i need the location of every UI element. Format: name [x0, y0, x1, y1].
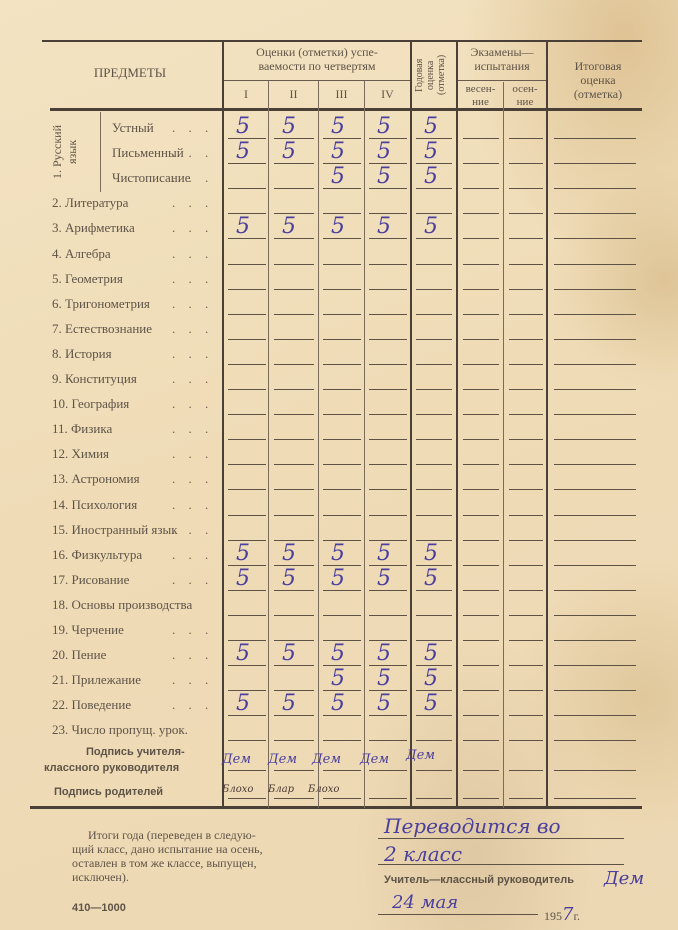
leader-dots: . . . . — [172, 497, 220, 513]
grade-underline — [274, 339, 314, 340]
subject-label: 12. Химия — [52, 446, 109, 462]
parent-signature: Блохо — [222, 784, 253, 795]
quarter-grade-2: 5 — [282, 141, 296, 163]
exam-divider — [503, 82, 504, 808]
teacher-signature: Дем — [222, 752, 251, 767]
exam-autumn-header-2: ние — [504, 96, 546, 109]
exam-spring-underline — [463, 314, 499, 315]
exam-autumn-underline — [509, 665, 543, 666]
exam-spring-underline — [463, 163, 499, 164]
exam-autumn-underline — [509, 414, 543, 415]
annual-grade: 5 — [424, 166, 438, 188]
grade-underline — [274, 489, 314, 490]
teacher-signature: Дем — [406, 748, 435, 763]
grade-underline — [323, 339, 361, 340]
exam-spring-underline — [463, 690, 499, 691]
subject-label: 20. Пение — [52, 647, 106, 663]
signature-underline — [323, 770, 361, 771]
russian-group-divider — [100, 112, 101, 192]
table-bottom-border — [30, 806, 642, 809]
leader-dots: . . . . — [172, 246, 220, 262]
annual-left-divider — [410, 40, 412, 808]
exam-spring-underline — [463, 565, 499, 566]
quarter-grade-3: 5 — [331, 216, 345, 238]
exam-autumn-underline — [509, 289, 543, 290]
subject-label: 6. Тригонометрия — [52, 296, 150, 312]
final-grade-underline — [554, 515, 636, 516]
leader-dots: . . . . — [172, 471, 220, 487]
annual-underline — [416, 289, 452, 290]
final-grade-underline — [554, 364, 636, 365]
annual-header: Годовая оценка (отметка) — [414, 44, 454, 106]
leader-dots: . . . . — [172, 296, 220, 312]
exam-spring-underline — [463, 590, 499, 591]
quarter-grade-4: 5 — [377, 166, 391, 188]
exam-autumn-underline — [509, 690, 543, 691]
grade-underline — [274, 740, 314, 741]
grade-underline — [323, 289, 361, 290]
exam-autumn-underline — [509, 615, 543, 616]
exam-autumn-underline — [509, 640, 543, 641]
quarter-grade-3: 5 — [331, 668, 345, 690]
grade-underline — [228, 364, 266, 365]
annual-grade: 5 — [424, 216, 438, 238]
result-line-1 — [378, 838, 624, 839]
annual-underline — [416, 464, 452, 465]
exam-autumn-underline — [509, 238, 543, 239]
grade-underline — [228, 439, 266, 440]
grade-underline — [369, 314, 407, 315]
exam-autumn-underline — [509, 138, 543, 139]
leader-dots: . . . . — [172, 195, 220, 211]
subject-label: 10. География — [52, 396, 129, 412]
subject-label: Устный — [112, 120, 154, 136]
grade-underline — [228, 339, 266, 340]
grade-underline — [323, 489, 361, 490]
final-grade-underline — [554, 188, 636, 189]
final-grade-underline — [554, 715, 636, 716]
year-results-text: Итоги года (переведен в следую- щий клас… — [72, 828, 352, 884]
header-bottom-border — [50, 108, 642, 111]
exam-autumn-underline — [509, 590, 543, 591]
subject-label: 11. Физика — [52, 421, 112, 437]
final-grade-underline — [554, 213, 636, 214]
annual-underline — [416, 339, 452, 340]
exam-spring-underline — [463, 389, 499, 390]
teacher-signature-label-1: Подпись учителя- — [86, 746, 185, 758]
final-grade-underline — [554, 138, 636, 139]
grade-underline — [228, 489, 266, 490]
exam-spring-underline — [463, 640, 499, 641]
subject-label: 3. Арифметика — [52, 220, 135, 236]
exam-autumn-underline — [509, 715, 543, 716]
q3-q4-divider — [364, 80, 365, 808]
teacher-signature-footer: Дем — [604, 868, 644, 889]
exam-spring-underline — [463, 464, 499, 465]
grade-underline — [228, 289, 266, 290]
annual-grade: 5 — [424, 693, 438, 715]
exam-autumn-underline — [509, 213, 543, 214]
quarters-header-line2: ваемости по четвертям — [224, 60, 410, 73]
grade-underline — [228, 264, 266, 265]
exam-autumn-underline — [509, 188, 543, 189]
exams-header-line2: испытания — [458, 60, 546, 73]
quarter-grade-3: 5 — [331, 693, 345, 715]
subject-label: 21. Прилежание — [52, 672, 141, 688]
final-header-line1: Итоговая — [548, 60, 648, 73]
annual-right-divider — [456, 40, 458, 808]
result-line-2 — [378, 864, 624, 865]
grade-underline — [274, 464, 314, 465]
exam-spring-underline — [463, 439, 499, 440]
grade-underline — [369, 615, 407, 616]
annual-underline — [416, 740, 452, 741]
quarter-grade-4: 5 — [377, 543, 391, 565]
exam-spring-underline — [463, 289, 499, 290]
exam-spring-underline — [463, 213, 499, 214]
leader-dots: . . . . — [172, 622, 220, 638]
subject-label: 18. Основы производства — [52, 597, 192, 613]
leader-dots: . . . . — [172, 170, 220, 186]
subject-label: 14. Психология — [52, 497, 137, 513]
grade-underline — [228, 314, 266, 315]
quarter-header-2: II — [269, 88, 318, 101]
signature-underline — [228, 770, 266, 771]
grade-underline — [228, 464, 266, 465]
grade-underline — [274, 289, 314, 290]
final-grade-underline — [554, 615, 636, 616]
leader-dots: . . . . — [172, 396, 220, 412]
quarter-header-3: III — [319, 88, 364, 101]
subject-label: 8. История — [52, 346, 112, 362]
grade-underline — [369, 339, 407, 340]
grade-underline — [274, 615, 314, 616]
annual-underline — [416, 414, 452, 415]
leader-dots: . . . . — [172, 421, 220, 437]
grade-underline — [274, 389, 314, 390]
leader-dots: . . . . — [172, 271, 220, 287]
subject-label: 9. Конституция — [52, 371, 137, 387]
quarter-grade-2: 5 — [282, 216, 296, 238]
result-handwritten-1: Переводится во — [384, 814, 561, 838]
exam-autumn-underline — [509, 163, 543, 164]
leader-dots: . . . . — [172, 647, 220, 663]
quarter-grade-2: 5 — [282, 693, 296, 715]
leader-dots: . . . . — [172, 371, 220, 387]
leader-dots: . . . . — [172, 321, 220, 337]
grade-underline — [274, 364, 314, 365]
exam-spring-underline — [463, 264, 499, 265]
exam-spring-underline — [463, 540, 499, 541]
subject-label: 23. Число пропущ. урок. — [52, 722, 188, 738]
leader-dots: . . . . — [172, 697, 220, 713]
subjects-header: ПРЕДМЕТЫ — [60, 66, 200, 79]
exam-autumn-underline — [509, 540, 543, 541]
final-grade-underline — [554, 439, 636, 440]
annual-grade: 5 — [424, 668, 438, 690]
exam-autumn-underline — [509, 489, 543, 490]
grade-underline — [323, 515, 361, 516]
table-top-border — [42, 40, 642, 42]
final-grade-underline — [554, 163, 636, 164]
exam-spring-underline — [463, 188, 499, 189]
quarters-subheader-line — [224, 80, 410, 81]
leader-dots: . . . . — [172, 547, 220, 563]
exam-autumn-header-1: осен- — [504, 83, 546, 96]
annual-underline — [416, 515, 452, 516]
quarters-header-line1: Оценки (отметки) успе- — [224, 46, 410, 59]
grade-underline — [274, 414, 314, 415]
annual-grade: 5 — [424, 568, 438, 590]
grade-underline — [369, 439, 407, 440]
annual-underline — [416, 364, 452, 365]
signature-underline — [463, 770, 499, 771]
grade-underline — [369, 414, 407, 415]
subject-label: 22. Поведение — [52, 697, 131, 713]
russian-group-label: 1. Русский язык — [50, 112, 86, 192]
year-printed: 1957г. — [544, 904, 580, 925]
subject-label: 7. Естествознание — [52, 321, 152, 337]
annual-underline — [416, 615, 452, 616]
quarter-grade-2: 5 — [282, 643, 296, 665]
grade-underline — [369, 389, 407, 390]
parents-signature-label: Подпись родителей — [54, 786, 163, 798]
grade-underline — [323, 615, 361, 616]
exam-spring-underline — [463, 740, 499, 741]
final-grade-underline — [554, 289, 636, 290]
final-grade-underline — [554, 264, 636, 265]
q1-q2-divider — [268, 80, 269, 808]
grade-underline — [369, 489, 407, 490]
exam-autumn-underline — [509, 515, 543, 516]
exam-spring-underline — [463, 489, 499, 490]
result-handwritten-2: 2 класс — [384, 842, 462, 866]
grade-underline — [369, 740, 407, 741]
quarter-grade-1: 5 — [236, 543, 250, 565]
signature-underline — [554, 798, 636, 799]
final-grade-underline — [554, 414, 636, 415]
quarter-header-4: IV — [365, 88, 410, 101]
grade-underline — [369, 264, 407, 265]
leader-dots: . . . . — [172, 672, 220, 688]
grade-underline — [274, 264, 314, 265]
exam-right-divider — [546, 40, 548, 808]
quarter-grade-4: 5 — [377, 643, 391, 665]
annual-grade: 5 — [424, 141, 438, 163]
quarter-grade-3: 5 — [331, 166, 345, 188]
teacher-label: Учитель—классный руководитель — [384, 874, 574, 886]
date-line — [378, 914, 538, 915]
signature-underline — [416, 798, 452, 799]
subject-label: 17. Рисование — [52, 572, 129, 588]
annual-grade: 5 — [424, 116, 438, 138]
quarter-grade-4: 5 — [377, 568, 391, 590]
leader-dots: . . . . — [172, 346, 220, 362]
grade-underline — [274, 439, 314, 440]
grade-underline — [323, 439, 361, 440]
quarter-grade-2: 5 — [282, 568, 296, 590]
quarter-grade-3: 5 — [331, 116, 345, 138]
quarter-grade-1: 5 — [236, 568, 250, 590]
signature-underline — [509, 798, 543, 799]
signature-underline — [323, 798, 361, 799]
exam-spring-underline — [463, 414, 499, 415]
quarter-grade-4: 5 — [377, 216, 391, 238]
exam-autumn-underline — [509, 314, 543, 315]
quarter-grade-1: 5 — [236, 693, 250, 715]
exam-spring-header-1: весен- — [458, 83, 503, 96]
teacher-signature: Дем — [360, 752, 389, 767]
final-grade-underline — [554, 665, 636, 666]
final-header-line3: (отметка) — [548, 88, 648, 101]
final-grade-underline — [554, 540, 636, 541]
annual-underline — [416, 389, 452, 390]
subject-label: 4. Алгебра — [52, 246, 111, 262]
grade-underline — [228, 389, 266, 390]
subject-label: 19. Черчение — [52, 622, 124, 638]
grade-underline — [228, 615, 266, 616]
annual-underline — [416, 489, 452, 490]
final-grade-underline — [554, 389, 636, 390]
subject-label: 5. Геометрия — [52, 271, 123, 287]
quarter-grade-3: 5 — [331, 643, 345, 665]
exam-autumn-underline — [509, 264, 543, 265]
grade-underline — [323, 740, 361, 741]
quarter-grade-2: 5 — [282, 543, 296, 565]
grade-underline — [323, 264, 361, 265]
exam-autumn-underline — [509, 464, 543, 465]
grade-underline — [323, 314, 361, 315]
exam-autumn-underline — [509, 565, 543, 566]
signature-underline — [463, 798, 499, 799]
exam-spring-underline — [463, 339, 499, 340]
quarter-grade-4: 5 — [377, 141, 391, 163]
subjects-column-divider — [222, 40, 224, 808]
exam-autumn-underline — [509, 439, 543, 440]
grade-underline — [323, 414, 361, 415]
signature-underline — [554, 770, 636, 771]
parent-signature: Блохо — [308, 784, 339, 795]
exam-autumn-underline — [509, 364, 543, 365]
exam-spring-underline — [463, 715, 499, 716]
grade-underline — [274, 314, 314, 315]
signature-underline — [369, 770, 407, 771]
grade-underline — [369, 515, 407, 516]
form-number: 410—1000 — [72, 902, 126, 914]
grade-underline — [228, 740, 266, 741]
quarter-grade-1: 5 — [236, 216, 250, 238]
final-grade-underline — [554, 314, 636, 315]
leader-dots: . . . . — [172, 145, 220, 161]
final-grade-underline — [554, 339, 636, 340]
quarter-header-1: I — [224, 88, 268, 101]
quarter-grade-4: 5 — [377, 693, 391, 715]
exam-spring-underline — [463, 138, 499, 139]
teacher-signature-label-2: классного руководителя — [44, 762, 179, 774]
leader-dots: . . . . — [172, 120, 220, 136]
quarter-grade-3: 5 — [331, 543, 345, 565]
grade-underline — [323, 364, 361, 365]
final-header-line2: оценка — [548, 74, 648, 87]
quarter-grade-3: 5 — [331, 141, 345, 163]
quarter-grade-1: 5 — [236, 141, 250, 163]
final-grade-underline — [554, 590, 636, 591]
final-grade-underline — [554, 489, 636, 490]
quarter-grade-4: 5 — [377, 668, 391, 690]
q2-q3-divider — [318, 80, 319, 808]
leader-dots: . . . . — [172, 220, 220, 236]
subject-label: 16. Физкультура — [52, 547, 142, 563]
exam-spring-underline — [463, 364, 499, 365]
subject-label: 15. Иностранный язык — [52, 522, 178, 538]
teacher-signature: Дем — [268, 752, 297, 767]
exam-spring-underline — [463, 665, 499, 666]
date-handwritten: 24 мая — [392, 892, 458, 913]
leader-dots: . . . . — [172, 522, 220, 538]
annual-underline — [416, 439, 452, 440]
signature-underline — [416, 770, 452, 771]
exam-spring-header-2: ние — [458, 96, 503, 109]
exam-spring-underline — [463, 515, 499, 516]
grade-underline — [369, 464, 407, 465]
quarter-grade-4: 5 — [377, 116, 391, 138]
annual-grade: 5 — [424, 543, 438, 565]
grade-underline — [323, 464, 361, 465]
subject-label: 13. Астрономия — [52, 471, 140, 487]
final-grade-underline — [554, 565, 636, 566]
final-grade-underline — [554, 464, 636, 465]
grade-underline — [274, 188, 314, 189]
signature-underline — [228, 798, 266, 799]
exam-autumn-underline — [509, 339, 543, 340]
signature-underline — [274, 798, 314, 799]
annual-underline — [416, 314, 452, 315]
exams-subheader-line — [458, 80, 546, 81]
final-grade-underline — [554, 740, 636, 741]
exam-spring-underline — [463, 615, 499, 616]
grade-underline — [228, 515, 266, 516]
exams-header-line1: Экзамены— — [458, 46, 546, 59]
subject-label: 2. Литература — [52, 195, 128, 211]
annual-underline — [416, 264, 452, 265]
annual-grade: 5 — [424, 643, 438, 665]
grade-underline — [274, 515, 314, 516]
quarter-grade-1: 5 — [236, 643, 250, 665]
exam-spring-underline — [463, 238, 499, 239]
grade-underline — [228, 188, 266, 189]
quarter-grade-2: 5 — [282, 116, 296, 138]
quarter-grade-1: 5 — [236, 116, 250, 138]
exam-autumn-underline — [509, 389, 543, 390]
grade-underline — [369, 364, 407, 365]
quarter-grade-3: 5 — [331, 568, 345, 590]
grade-underline — [323, 389, 361, 390]
final-grade-underline — [554, 640, 636, 641]
final-grade-underline — [554, 238, 636, 239]
leader-dots: . . . . — [172, 572, 220, 588]
leader-dots: . . . . — [172, 446, 220, 462]
signature-underline — [369, 798, 407, 799]
signature-underline — [509, 770, 543, 771]
exam-autumn-underline — [509, 740, 543, 741]
signature-underline — [274, 770, 314, 771]
parent-signature: Блар — [268, 784, 294, 795]
final-grade-underline — [554, 690, 636, 691]
grade-underline — [369, 289, 407, 290]
grade-underline — [228, 414, 266, 415]
teacher-signature: Дем — [312, 752, 341, 767]
